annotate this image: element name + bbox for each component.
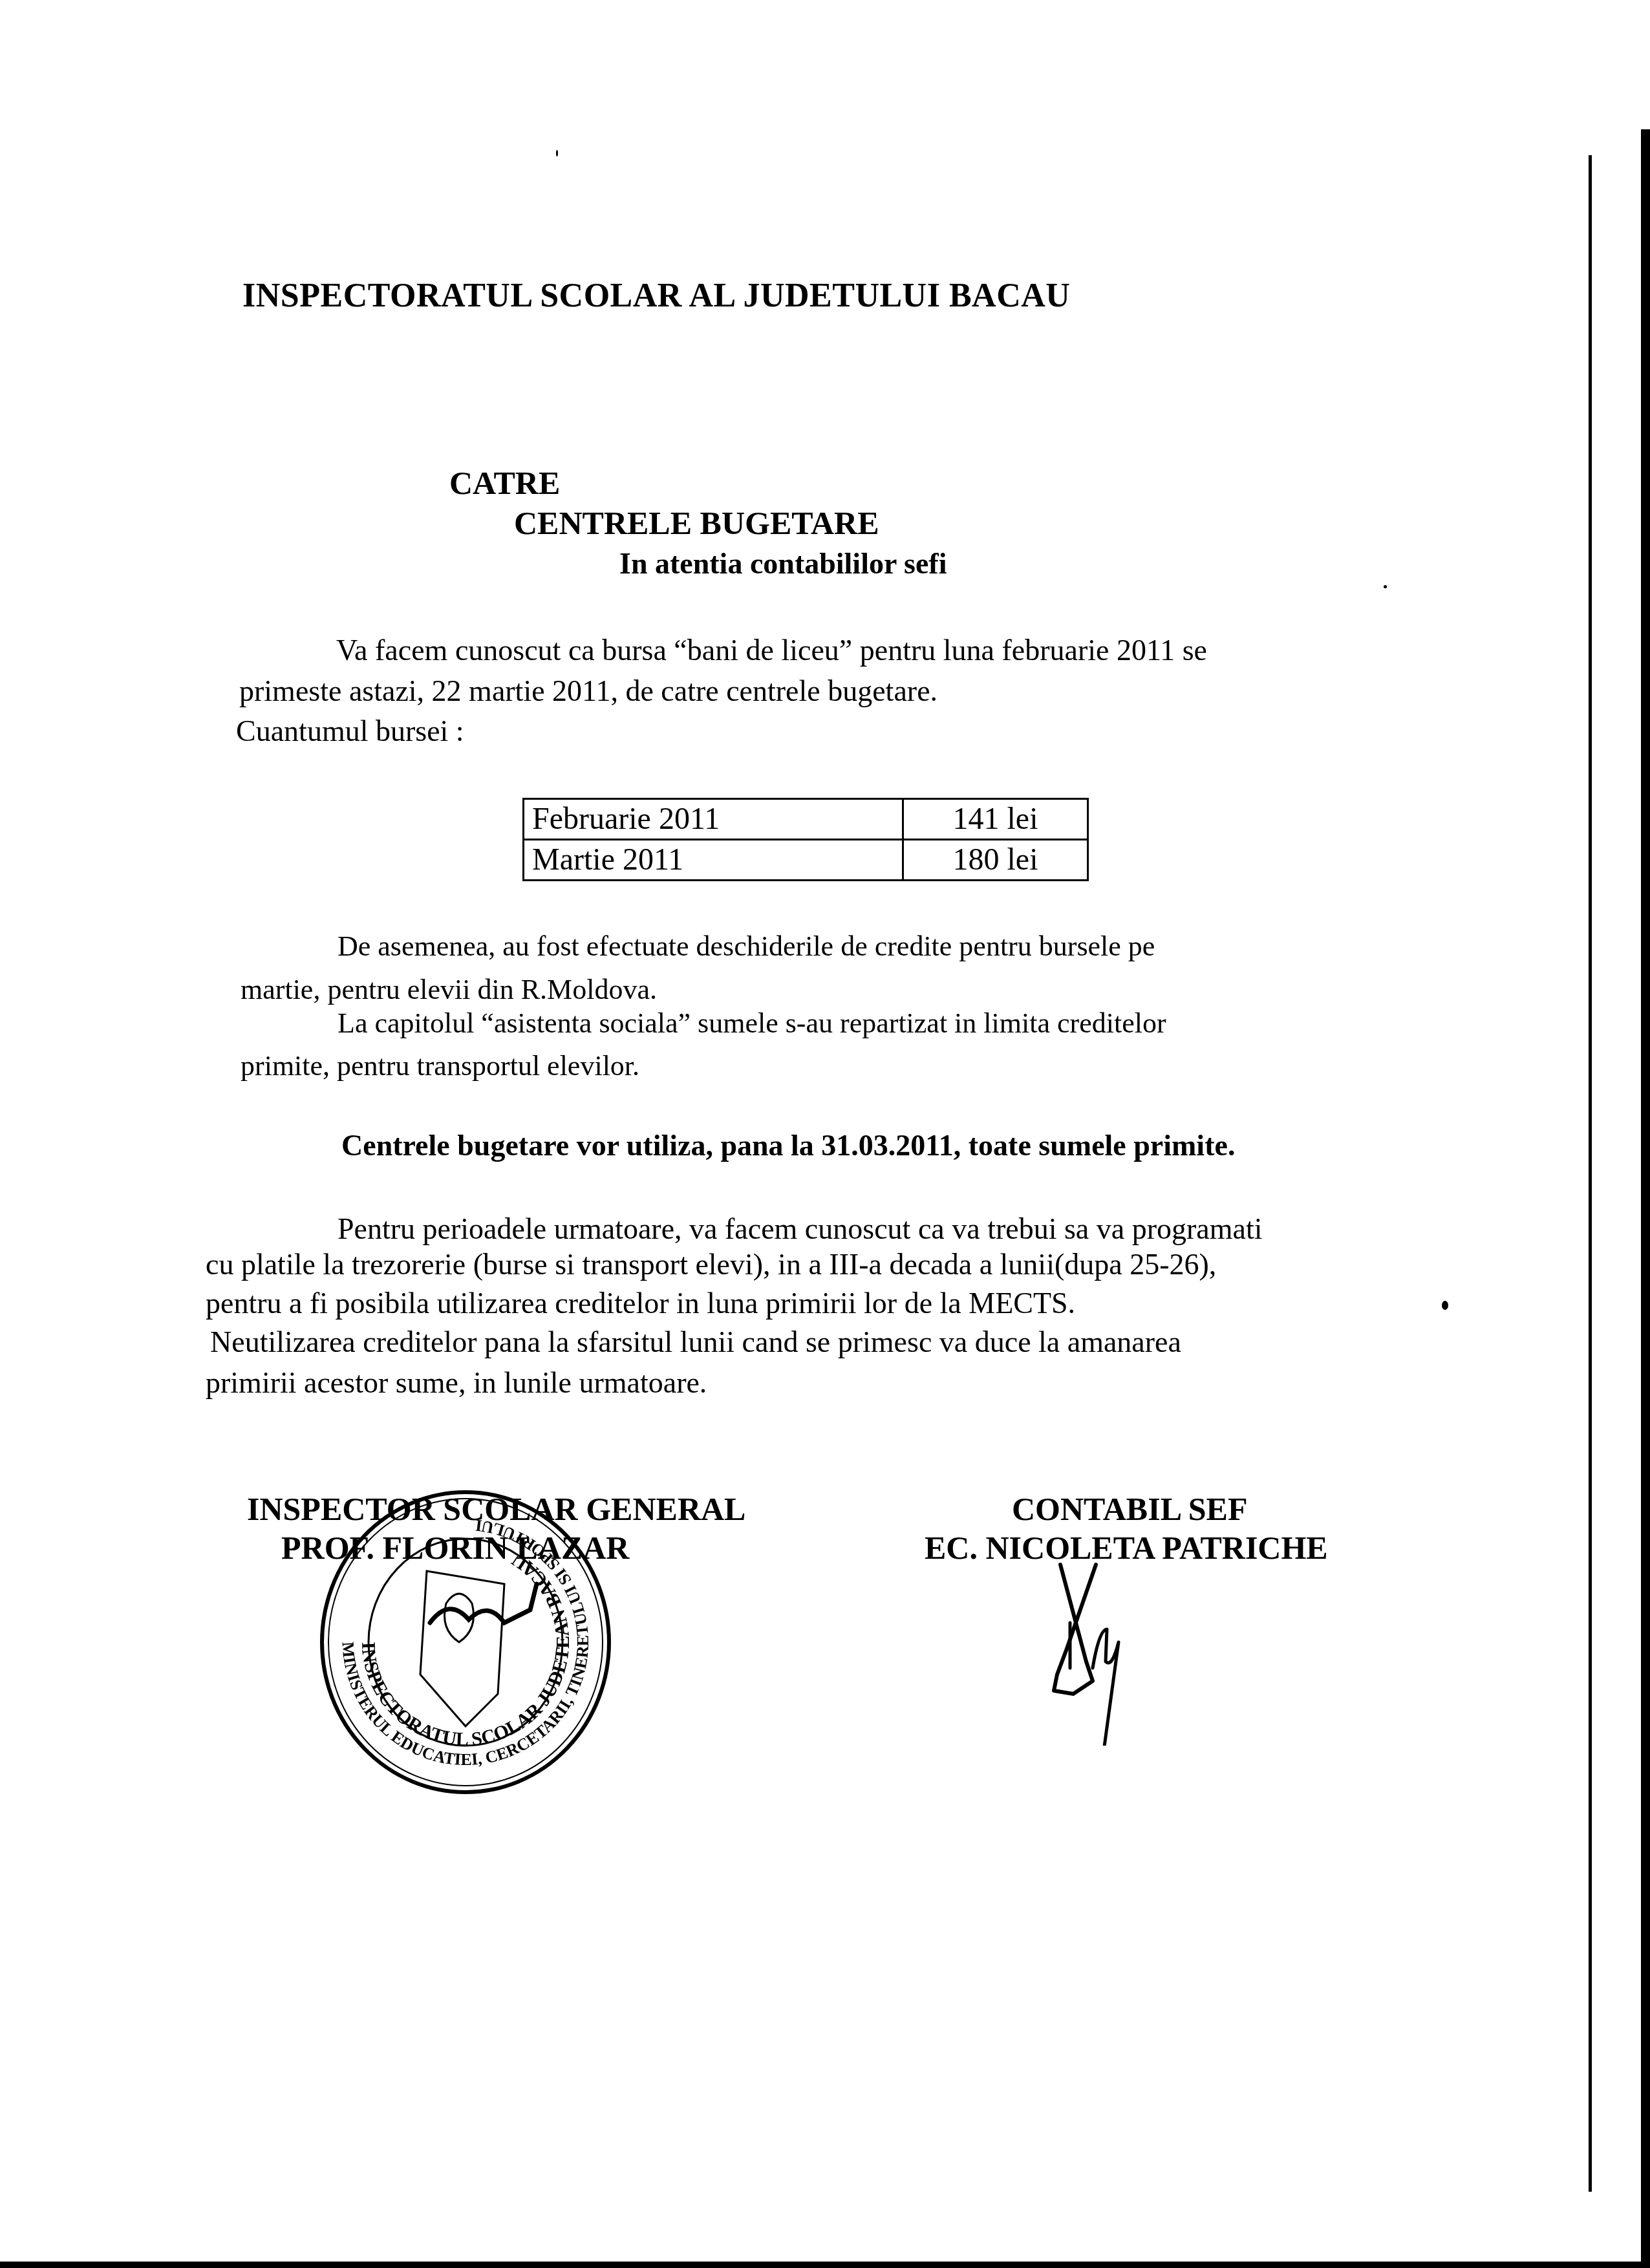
paragraph-3-line: primite, pentru transportul elevilor. [241, 1046, 639, 1086]
paragraph-4-line: Neutilizarea creditelor pana la sfarsitu… [210, 1322, 1181, 1362]
table-row: Martie 2011 180 lei [524, 840, 1088, 881]
scanned-document-page: INSPECTORATUL SCOLAR AL JUDETULUI BACAU … [0, 0, 1650, 2268]
addressee-label: CATRE [449, 464, 560, 502]
scan-speck [556, 150, 558, 156]
paragraph-4-line: pentru a fi posibila utilizarea creditel… [206, 1283, 1075, 1323]
signatory-right-title: CONTABIL SEF [1012, 1490, 1247, 1528]
signatory-left-name: PROF. FLORIN LAZAR [281, 1529, 629, 1567]
handwritten-signature-icon [1034, 1552, 1241, 1746]
paragraph-3-line: La capitolul “asistenta sociala” sumele … [337, 1003, 1166, 1043]
paragraph-4-line: primirii acestor sume, in lunile urmatoa… [206, 1363, 707, 1403]
scholarship-table: Februarie 2011 141 lei Martie 2011 180 l… [522, 798, 1089, 881]
addressee-attention: In atentia contabililor sefi [619, 546, 947, 581]
institution-header: INSPECTORATUL SCOLAR AL JUDETULUI BACAU [242, 277, 1070, 315]
scan-edge-shadow [1641, 129, 1650, 2268]
scan-speck [1442, 1301, 1448, 1310]
table-cell-amount: 180 lei [903, 840, 1088, 881]
table-row: Februarie 2011 141 lei [524, 799, 1088, 840]
scan-edge-line [1589, 155, 1592, 2192]
table-cell-amount: 141 lei [903, 799, 1088, 840]
paragraph-1-line: Va facem cunoscut ca bursa “bani de lice… [336, 630, 1207, 670]
paragraph-4-line: cu platile la trezorerie (burse si trans… [206, 1245, 1216, 1285]
paragraph-4-line: Pentru perioadele urmatoare, va facem cu… [337, 1209, 1262, 1249]
table-cell-month: Februarie 2011 [524, 799, 903, 840]
scholarship-amount-label: Cuantumul bursei : [236, 711, 464, 751]
scan-bottom-edge [0, 2262, 1650, 2268]
paragraph-2-line: De asemenea, au fost efectuate deschider… [337, 926, 1155, 967]
paragraph-1-line: primeste astazi, 22 martie 2011, de catr… [239, 671, 937, 711]
addressee-recipient: CENTRELE BUGETARE [514, 504, 879, 542]
signatory-left-title: INSPECTOR SCOLAR GENERAL [247, 1490, 745, 1528]
deadline-notice: Centrele bugetare vor utiliza, pana la 3… [341, 1128, 1235, 1162]
table-cell-month: Martie 2011 [524, 840, 903, 881]
scan-speck [1384, 585, 1387, 588]
